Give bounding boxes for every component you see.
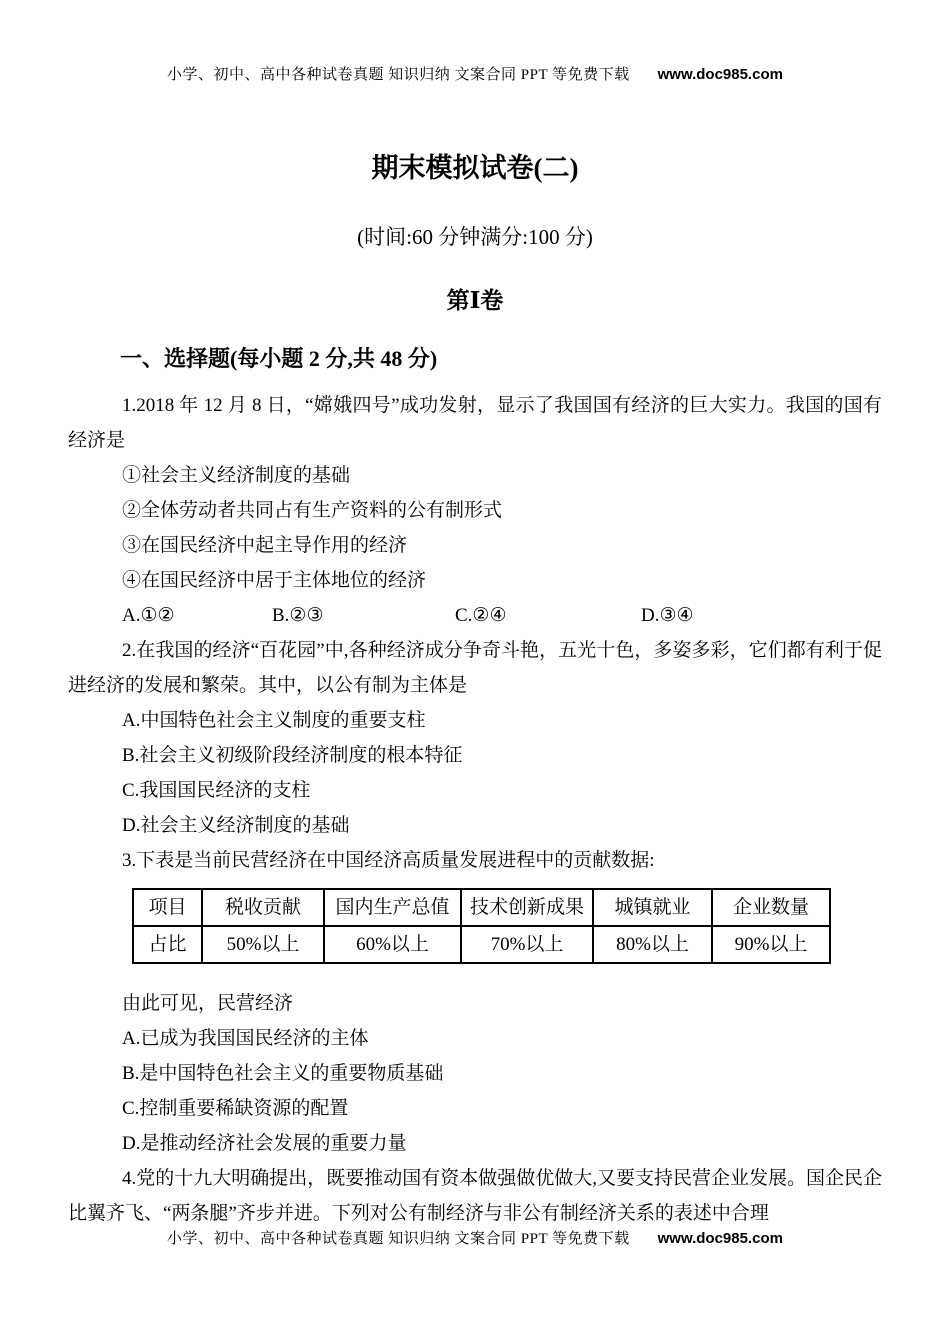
- question-1-choice-a: A.①②: [122, 598, 272, 633]
- question-1-choices-row: A.①②B.②③C.②④D.③④: [122, 598, 882, 633]
- table-cell-label: 占比: [133, 926, 202, 963]
- header-watermark-url[interactable]: www.doc985.com: [658, 66, 783, 83]
- exam-title: 期末模拟试卷(二): [0, 146, 950, 185]
- page-header: 小学、初中、高中各种试卷真题 知识归纳 文案合同 PPT 等免费下载www.do…: [0, 64, 950, 86]
- question-3-choice-d: D.是推动经济社会发展的重要力量: [68, 1126, 882, 1161]
- question-4-stem: 4.党的十九大明确提出，既要推动国有资本做强做优做大,又要支持民营企业发展。国企…: [68, 1161, 882, 1231]
- footer-watermark-url[interactable]: www.doc985.com: [658, 1230, 783, 1247]
- question-3-choice-a: A.已成为我国国民经济的主体: [68, 1021, 882, 1056]
- exam-time-score-line: (时间:60 分钟满分:100 分): [0, 221, 950, 251]
- question-1-item-4: ④在国民经济中居于主体地位的经济: [68, 563, 882, 598]
- question-1-choice-b: B.②③: [272, 598, 455, 633]
- questions-body: 1.2018 年 12 月 8 日，“嫦娥四号”成功发射，显示了我国国有经济的巨…: [68, 388, 882, 1231]
- table-cell-innovation: 70%以上: [461, 926, 593, 963]
- table-header-innovation: 技术创新成果: [461, 889, 593, 926]
- page-footer: 小学、初中、高中各种试卷真题 知识归纳 文案合同 PPT 等免费下载www.do…: [0, 1228, 950, 1250]
- question-3-stem: 3.下表是当前民营经济在中国经济高质量发展进程中的贡献数据:: [68, 843, 882, 878]
- question-3-followup: 由此可见，民营经济: [68, 986, 882, 1021]
- question-3-choice-b: B.是中国特色社会主义的重要物质基础: [68, 1056, 882, 1091]
- section-1-heading: 一、选择题(每小题 2 分,共 48 分): [120, 342, 437, 373]
- table-header-tax: 税收贡献: [202, 889, 324, 926]
- question-1-item-1: ①社会主义经济制度的基础: [68, 458, 882, 493]
- question-1-item-3: ③在国民经济中起主导作用的经济: [68, 528, 882, 563]
- table-header-employment: 城镇就业: [593, 889, 712, 926]
- question-2-choice-a: A.中国特色社会主义制度的重要支柱: [68, 703, 882, 738]
- table-header-gdp: 国内生产总值: [324, 889, 461, 926]
- part-1-heading: 第Ⅰ卷: [0, 282, 950, 315]
- exam-document-page: 小学、初中、高中各种试卷真题 知识归纳 文案合同 PPT 等免费下载www.do…: [0, 0, 950, 1344]
- question-2-choice-d: D.社会主义经济制度的基础: [68, 808, 882, 843]
- table-header-row: 项目 税收贡献 国内生产总值 技术创新成果 城镇就业 企业数量: [133, 889, 830, 926]
- question-2-choice-b: B.社会主义初级阶段经济制度的根本特征: [68, 738, 882, 773]
- private-economy-contribution-table: 项目 税收贡献 国内生产总值 技术创新成果 城镇就业 企业数量 占比 50%以上…: [132, 888, 831, 964]
- question-1-choice-c: C.②④: [455, 598, 641, 633]
- table-data-row: 占比 50%以上 60%以上 70%以上 80%以上 90%以上: [133, 926, 830, 963]
- question-1-stem: 1.2018 年 12 月 8 日，“嫦娥四号”成功发射，显示了我国国有经济的巨…: [68, 388, 882, 458]
- question-1-choice-d: D.③④: [641, 598, 694, 633]
- table-cell-enterprises: 90%以上: [712, 926, 830, 963]
- question-3-choice-c: C.控制重要稀缺资源的配置: [68, 1091, 882, 1126]
- footer-watermark-text: 小学、初中、高中各种试卷真题 知识归纳 文案合同 PPT 等免费下载: [167, 1231, 630, 1247]
- question-2-choice-c: C.我国国民经济的支柱: [68, 773, 882, 808]
- table-header-item: 项目: [133, 889, 202, 926]
- question-2-stem: 2.在我国的经济“百花园”中,各种经济成分争奇斗艳，五光十色，多姿多彩，它们都有…: [68, 633, 882, 703]
- table-cell-gdp: 60%以上: [324, 926, 461, 963]
- question-1-item-2: ②全体劳动者共同占有生产资料的公有制形式: [68, 493, 882, 528]
- table-cell-tax: 50%以上: [202, 926, 324, 963]
- table-cell-employment: 80%以上: [593, 926, 712, 963]
- table-header-enterprises: 企业数量: [712, 889, 830, 926]
- header-watermark-text: 小学、初中、高中各种试卷真题 知识归纳 文案合同 PPT 等免费下载: [167, 67, 630, 83]
